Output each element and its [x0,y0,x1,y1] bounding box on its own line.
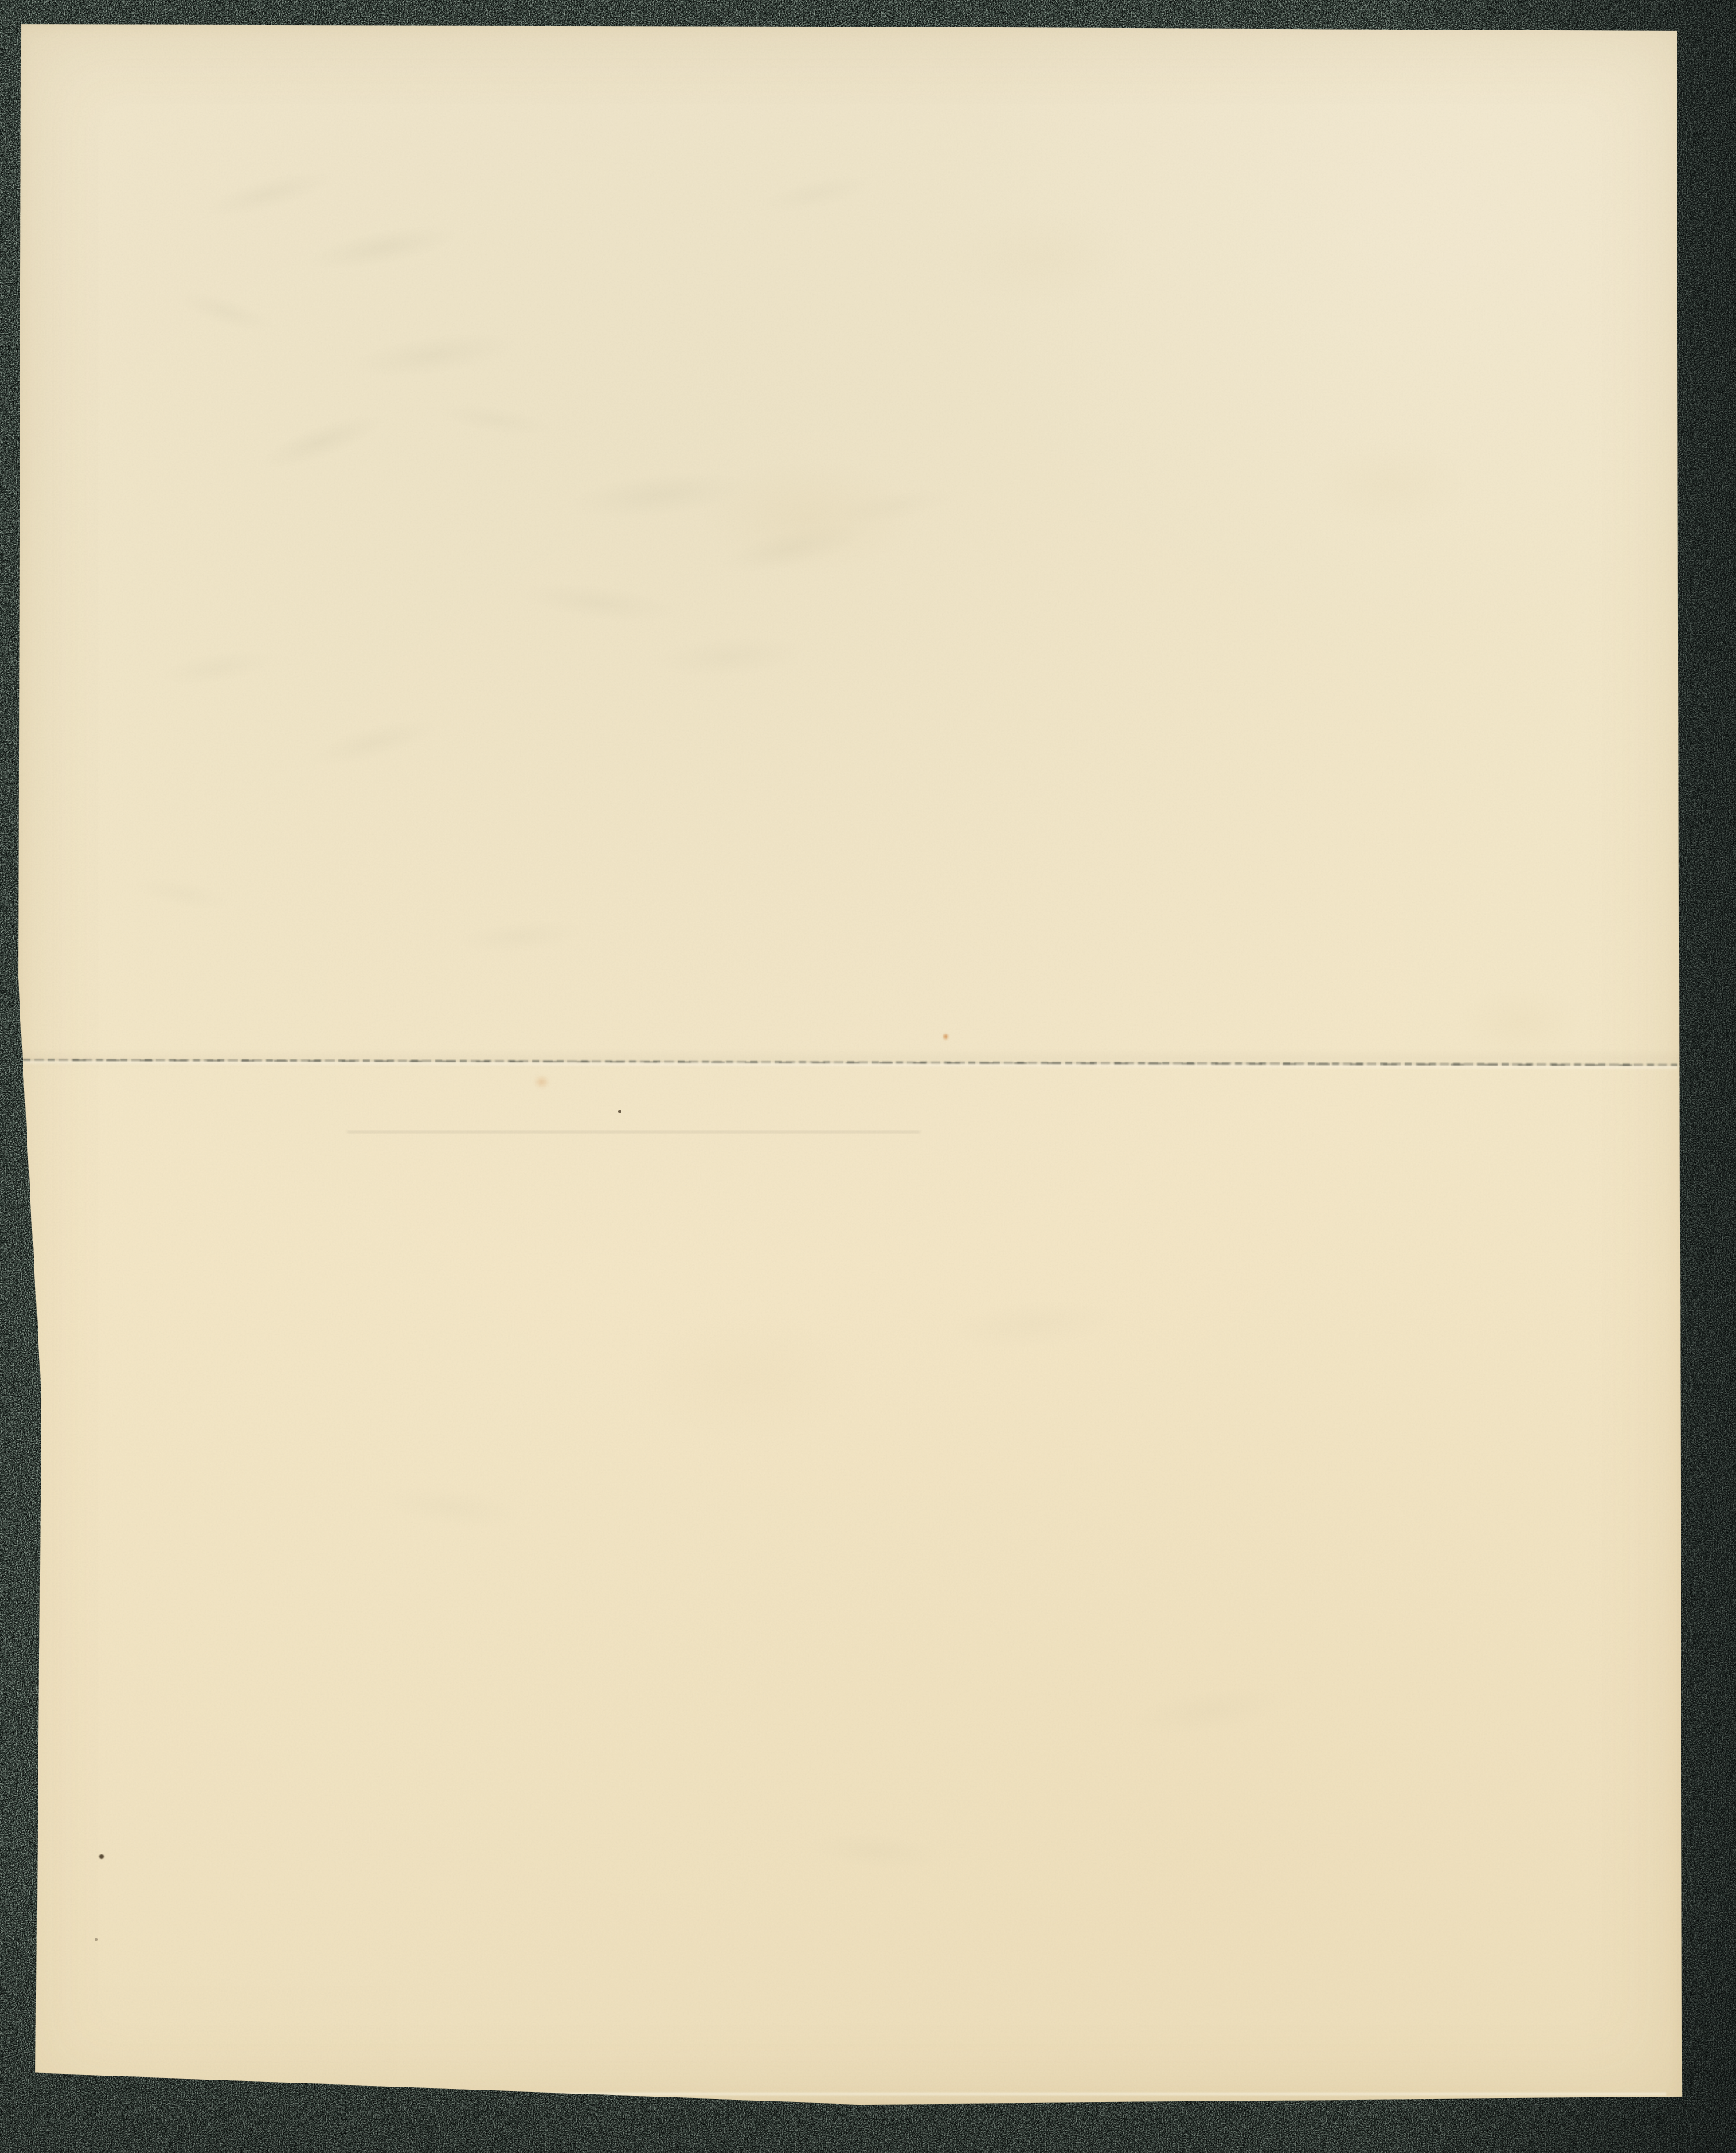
scan-canvas [0,0,1736,2153]
paper-sheet [0,0,1736,2153]
secondary-crease [347,1131,920,1133]
